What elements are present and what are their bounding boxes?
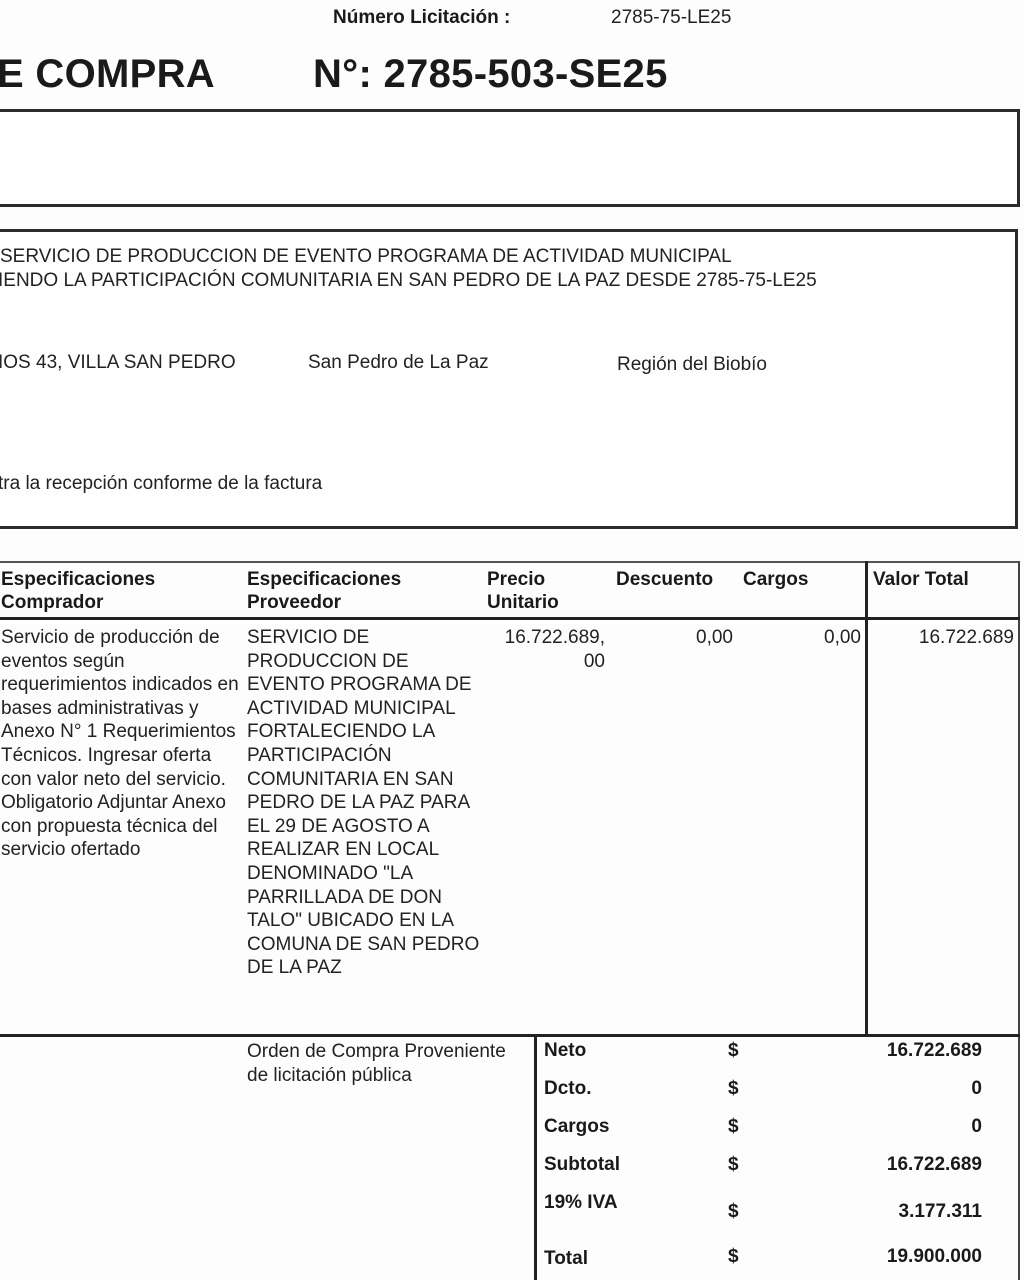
currency-symbol: $: [728, 1040, 739, 1062]
cell-descuento: 0,00: [620, 626, 733, 650]
column-header-precio: Precio Unitario: [487, 568, 597, 614]
cell-precio-unitario: 16.722.689, 00: [480, 626, 605, 673]
cell-comprador-spec: Servicio de producción de eventos según …: [1, 626, 241, 862]
cell-proveedor-spec: SERVICIO DE PRODUCCION DE EVENTO PROGRAM…: [247, 626, 487, 980]
summary-label: Subtotal: [544, 1154, 620, 1176]
summary-value: 0: [971, 1116, 982, 1138]
currency-symbol: $: [728, 1078, 739, 1100]
column-header-comprador: Especificaciones Comprador: [1, 568, 231, 614]
summary-value: 3.177.311: [899, 1201, 982, 1223]
document-title: E COMPRA: [0, 52, 215, 97]
summary-label: Dcto.: [544, 1078, 592, 1100]
payment-terms: tra la recepción conforme de la factura: [0, 473, 322, 495]
column-header-descuento: Descuento: [616, 568, 713, 591]
column-header-cargos: Cargos: [743, 568, 808, 591]
cell-cargos: 0,00: [740, 626, 861, 650]
summary-value: 0: [971, 1078, 982, 1100]
summary-row-neto: Neto $ 16.722.689: [544, 1040, 982, 1070]
summary-label: Neto: [544, 1040, 586, 1062]
delivery-region: Región del Biobío: [617, 354, 767, 376]
delivery-address: IOS 43, VILLA SAN PEDRO: [0, 352, 236, 374]
summary-row-subtotal: Subtotal $ 16.722.689: [544, 1154, 982, 1184]
delivery-city: San Pedro de La Paz: [308, 352, 489, 374]
order-number: N°: 2785-503-SE25: [313, 52, 668, 97]
column-header-proveedor: Especificaciones Proveedor: [247, 568, 477, 614]
description-line-2: IENDO LA PARTICIPACIÓN COMUNITARIA EN SA…: [0, 270, 817, 292]
empty-info-box: [0, 109, 1020, 207]
currency-symbol: $: [728, 1154, 739, 1176]
licitacion-number: 2785-75-LE25: [611, 7, 731, 29]
order-origin-note: Orden de Compra Proveniente de licitació…: [247, 1040, 517, 1088]
summary-row-cargos: Cargos $ 0: [544, 1116, 982, 1146]
summary-left-border: [534, 1035, 537, 1280]
summary-row-descuento: Dcto. $ 0: [544, 1078, 982, 1108]
valor-total-column-divider: [865, 561, 868, 1036]
currency-symbol: $: [728, 1246, 739, 1268]
summary-value: 19.900.000: [887, 1246, 982, 1268]
description-line-1: SERVICIO DE PRODUCCION DE EVENTO PROGRAM…: [0, 246, 732, 268]
currency-symbol: $: [728, 1201, 739, 1223]
summary-value: 16.722.689: [887, 1040, 982, 1062]
summary-row-iva: 19% IVA $ 3.177.311: [544, 1192, 982, 1222]
currency-symbol: $: [728, 1116, 739, 1138]
summary-row-total: Total $ 19.900.000: [544, 1246, 982, 1276]
summary-label: 19% IVA: [544, 1192, 618, 1214]
summary-value: 16.722.689: [887, 1154, 982, 1176]
row-divider: [0, 1034, 1020, 1037]
summary-label: Total: [544, 1248, 588, 1270]
cell-valor-total: 16.722.689: [870, 626, 1014, 650]
summary-label: Cargos: [544, 1116, 609, 1138]
column-header-valor-total: Valor Total: [873, 568, 969, 591]
licitacion-label: Número Licitación :: [333, 7, 510, 29]
table-right-border: [1018, 561, 1020, 1280]
